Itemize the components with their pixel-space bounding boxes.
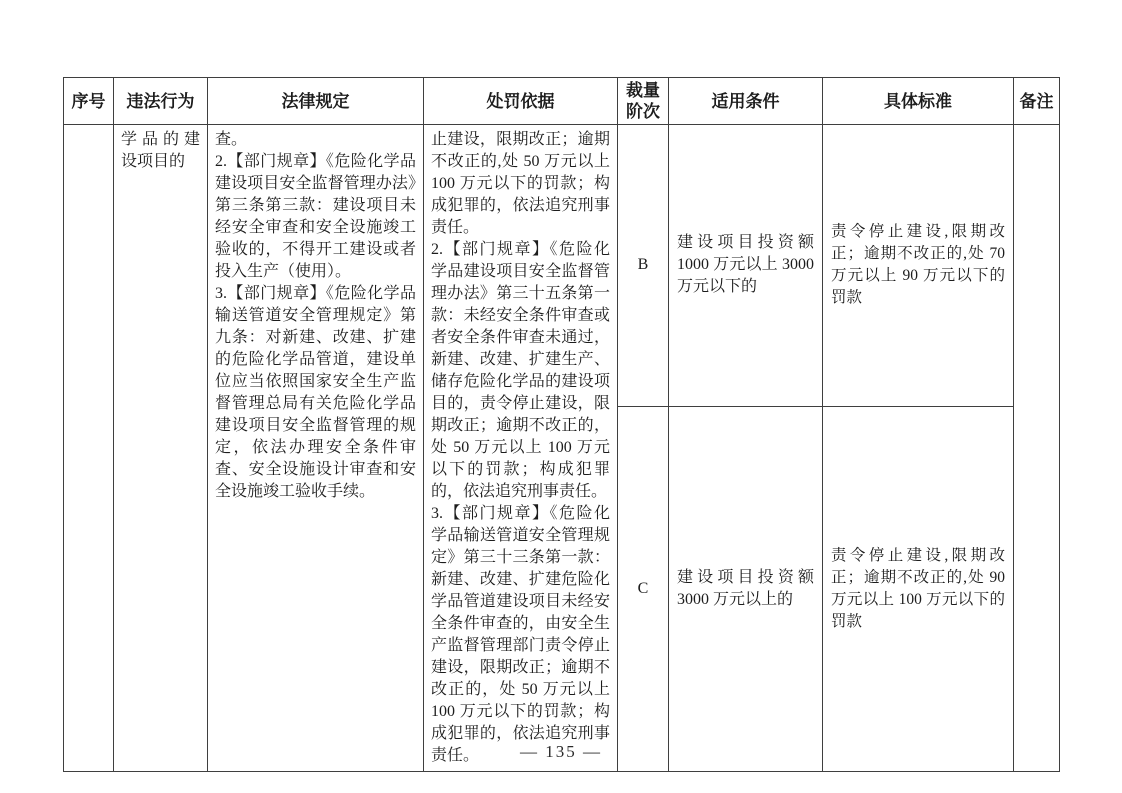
cell-standard-b: 责令停止建设,限期改正；逾期不改正的,处 70 万元以上 90 万元以下的罚款 [823,125,1014,407]
cell-standard-c: 责令停止建设,限期改正；逾期不改正的,处 90 万元以上 100 万元以下的罚款 [823,406,1014,771]
penalty-discretion-table: 序号 违法行为 法律规定 处罚依据 裁量阶次 适用条件 具体标准 备注 学品的建… [63,77,1060,772]
col-header-illegal-behavior: 违法行为 [114,78,208,125]
cell-condition-b: 建设项目投资额 1000 万元以上 3000 万元以下的 [669,125,823,407]
col-header-legal-provision: 法律规定 [208,78,424,125]
col-header-applicable-condition: 适用条件 [669,78,823,125]
standard-c-text: 责令停止建设,限期改正；逾期不改正的,处 90 万元以上 100 万元以下的罚款 [831,545,1005,633]
penalty-basis-text: 止建设，限期改正；逾期不改正的,处 50 万元以上 100 万元以下的罚款；构成… [431,129,610,767]
table-header-row: 序号 违法行为 法律规定 处罚依据 裁量阶次 适用条件 具体标准 备注 [64,78,1060,125]
col-header-remark: 备注 [1014,78,1060,125]
condition-c-text: 建设项目投资额 3000 万元以上的 [677,567,814,611]
cell-condition-c: 建设项目投资额 3000 万元以上的 [669,406,823,771]
col-header-serial: 序号 [64,78,114,125]
legal-provision-text: 查。 2.【部门规章】《危险化学品建设项目安全监督管理办法》第三条第三款：建设项… [215,129,416,503]
page-number: — 135 — [0,742,1122,762]
col-header-discretion-tier: 裁量阶次 [618,78,669,125]
standard-b-text: 责令停止建设,限期改正；逾期不改正的,处 70 万元以上 90 万元以下的罚款 [831,221,1005,309]
cell-tier-b: B [618,125,669,407]
col-header-penalty-basis: 处罚依据 [424,78,618,125]
illegal-behavior-text: 学品的建设项目的 [121,129,200,173]
document-page: 序号 违法行为 法律规定 处罚依据 裁量阶次 适用条件 具体标准 备注 学品的建… [0,0,1122,793]
cell-remark [1014,125,1060,772]
cell-legal-provision: 查。 2.【部门规章】《危险化学品建设项目安全监督管理办法》第三条第三款：建设项… [208,125,424,772]
table-row-tier-b: 学品的建设项目的 查。 2.【部门规章】《危险化学品建设项目安全监督管理办法》第… [64,125,1060,407]
cell-serial [64,125,114,772]
cell-tier-c: C [618,406,669,771]
tier-b-label: B [626,256,660,274]
tier-c-label: C [626,580,660,598]
col-header-specific-standard: 具体标准 [823,78,1014,125]
condition-b-text: 建设项目投资额 1000 万元以上 3000 万元以下的 [677,232,814,298]
cell-illegal-behavior: 学品的建设项目的 [114,125,208,772]
cell-penalty-basis: 止建设，限期改正；逾期不改正的,处 50 万元以上 100 万元以下的罚款；构成… [424,125,618,772]
